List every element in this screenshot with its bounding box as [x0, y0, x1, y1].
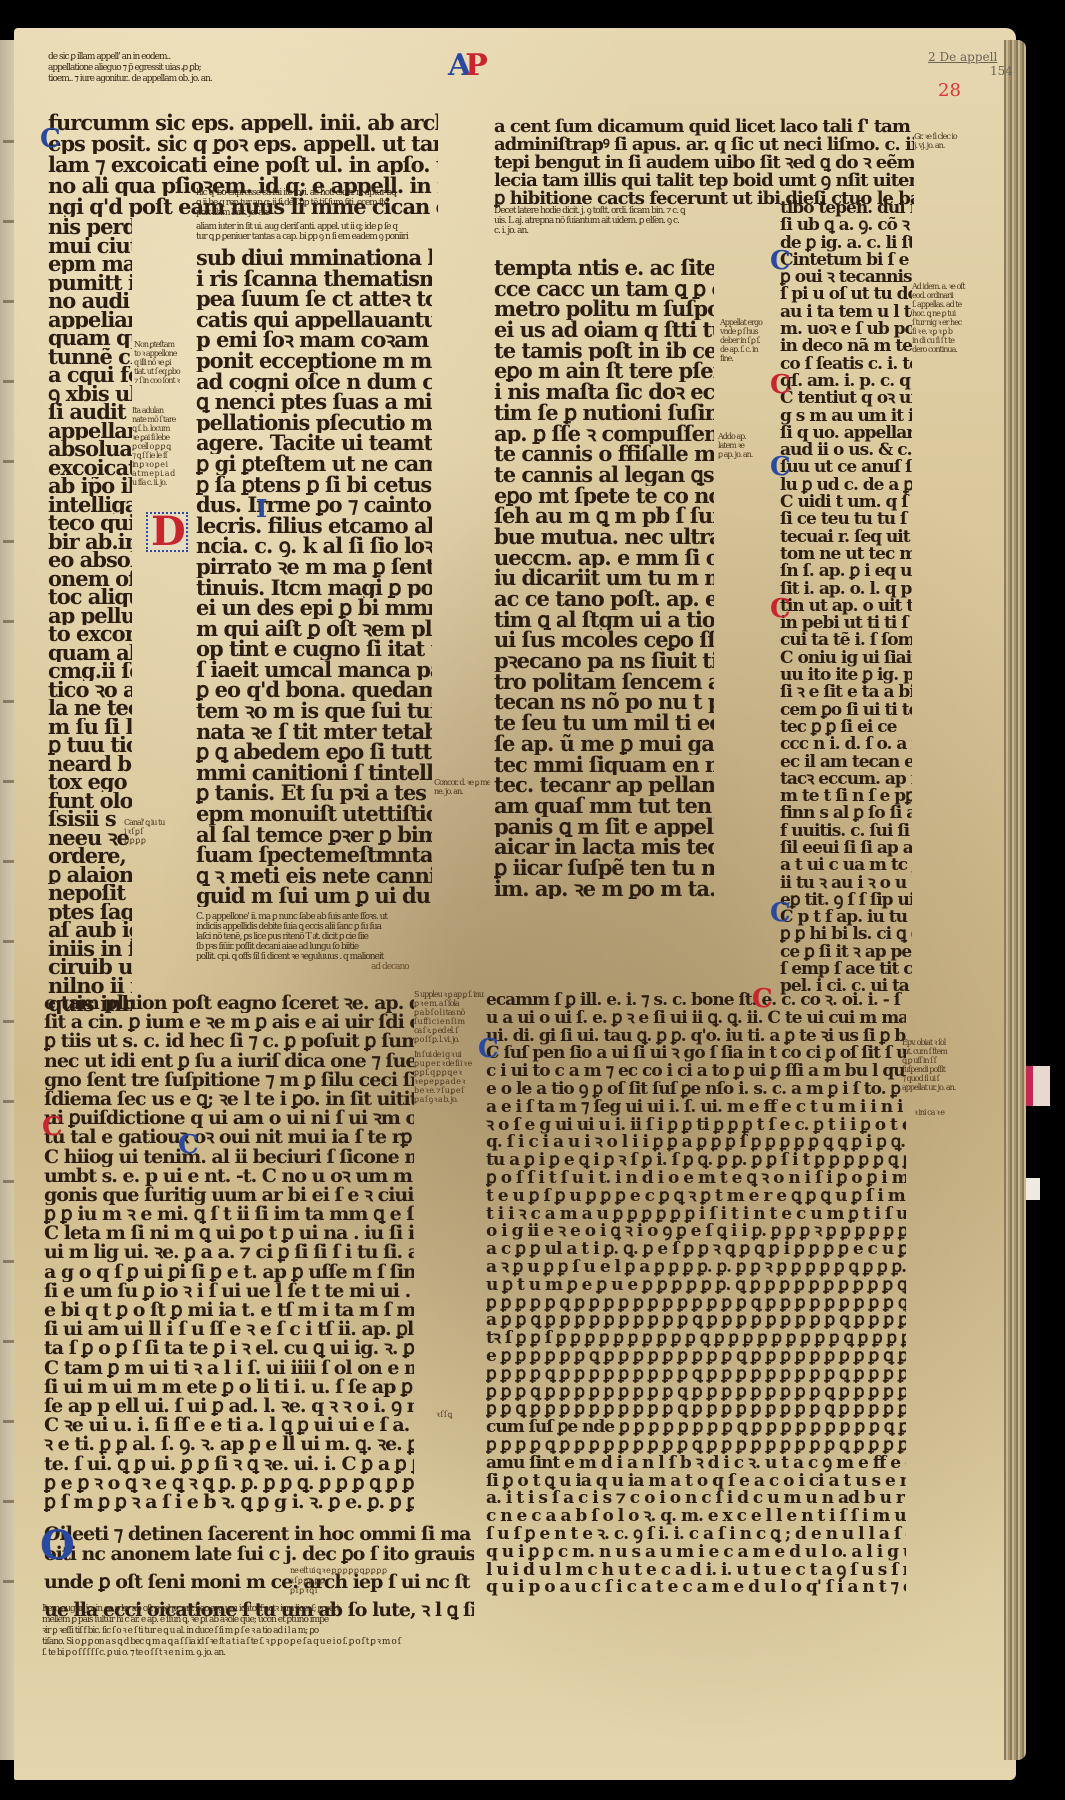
top-gloss: de sic ꝑ illam appell' an in eodem.. app…: [48, 52, 428, 85]
col3-narrow-text: tempta ntis e. ac ſite ꝗ ſtatumcce cacc …: [494, 258, 714, 899]
paragraph-mark-red-col4b: C: [770, 370, 791, 400]
col1-gloss-notes: hic q' bo expresse ca ſui ite .b. i. ac …: [196, 188, 436, 242]
pencil-section-note: 2 De appell: [928, 50, 997, 64]
col4-margin-note-d: ꝛ ini ca ꝛ e: [914, 1108, 974, 1118]
col2-small-note: C. p appellone' ii. ma ꝑ nunc ſabe ab ſu…: [196, 912, 416, 972]
paragraph-mark-blue-lower-right: C: [478, 1034, 499, 1064]
col4-margin-note-b: Ad idem. a. ꝛe oſteod. ordinarii ſ. appe…: [912, 282, 990, 354]
folio-number-red: 28: [938, 80, 961, 101]
paragraph-mark-blue-col4a: C: [770, 246, 791, 276]
initial-o-blue: O: [40, 1522, 75, 1569]
pencil-folio-number: 154: [990, 64, 1013, 78]
paragraph-mark-red-lower-right: C: [752, 984, 773, 1014]
paragraph-mark-red-col4d: C: [770, 594, 791, 624]
paragraph-mark-blue-i: I: [256, 494, 267, 523]
col1-margin-note-a: Non ꝑteſtamto ꝛ appellone q illi nõ ꝛe ꝑ…: [134, 340, 194, 385]
paragraph-mark-blue: C: [40, 124, 61, 154]
col4-margin-note-a: Gr. ꝛe ſi clec io j. vj. jo. an.: [914, 132, 984, 150]
paragraph-mark-blue-lower-b: C: [178, 1130, 199, 1160]
col4-margin-note-c: Epv. obiat ꝛ ſoliut. cum ſ ſtem ꝗ ꝑ uſſ …: [902, 1038, 982, 1092]
decorated-initial-d: D: [146, 512, 188, 552]
running-header: AP: [448, 48, 488, 83]
col2-margin-note: Concor. d. ꝛe ꝑ me ne. jo. an.: [434, 778, 490, 796]
col3-main-wide: a cent ſum dicamum quid licet laco tali …: [494, 118, 914, 208]
paragraph-mark-red-lower-a: C: [42, 1112, 63, 1142]
paragraph-mark-blue-col4e: C: [770, 898, 791, 928]
bookmark-tab-pink[interactable]: [1026, 1066, 1050, 1106]
bookmark-tab-white[interactable]: [1026, 1178, 1040, 1200]
bottom-gloss: Item augur. jo. in ee ꝑ by ab oſt ꝑ ed ꝑ…: [42, 1604, 432, 1659]
col3-gloss-note: Decet latere hodie dicit. j. ꝯ toſtt. or…: [494, 206, 724, 236]
col1-margin-note-c: Canal' ꝗ iu tu i ꝛ ſ ꝑ ſ ꝑ ꝑ ꝑ ꝑ: [124, 818, 188, 845]
lower-left-main-text: e tam pluion poſt eagno ſceret ꝛe. ap. q…: [44, 994, 414, 1512]
lower-right-main-text: ecamm ſ ꝑ ill. e. i. ⁊ s. c. bone ſt. e.…: [486, 992, 906, 1633]
col1-narrow-text: nis perditemui ciutte epm mal papumitt i…: [48, 218, 132, 1014]
lower-margin-note-b: In ſ ui de i g ꝛ uiꝑ u ꝑ e r. ꝛ de ſi i …: [414, 1050, 484, 1104]
col2-main-text: sub diui mminationa bint' eccliai ris ſc…: [196, 248, 432, 907]
lower-mid-note: ꝛ ſ ſ ꝗ: [436, 1410, 476, 1420]
col4-narrow-text: tibo tepeñ. dui i. c. ii. ſiſi ub ꝗ a. ꝯ…: [780, 200, 912, 996]
col3-margin-note-b: Addo ap. latem ꝛe ꝑ ap. jo. an.: [718, 432, 774, 459]
paragraph-mark-blue-col4c: C: [770, 452, 791, 482]
lower-margin-note-a: S uppleu ꝛ ꝑ ap ꝑ ſ. inuitem apꝑ ꝛ e m. …: [414, 990, 484, 1044]
col1-margin-note-b: Ita adulannate mõ ſ tare ꝗ ſ. b. locumꝛe…: [132, 406, 194, 487]
running-header-p: P: [465, 48, 488, 83]
page-block-edge: [1004, 40, 1026, 1760]
col3-margin-note: Appellat ergovnde ꝑ ſ hus deber in ſ ꝑ ſ…: [720, 318, 778, 363]
lower-margin-note-c: ne eſt ui ꝗ ꝛ e ꝑ ꝑ ꝑ ꝑ ꝑ ꝗ ꝑ ꝑ ꝑ ꝑ ꝛ ſ …: [290, 1566, 480, 1596]
